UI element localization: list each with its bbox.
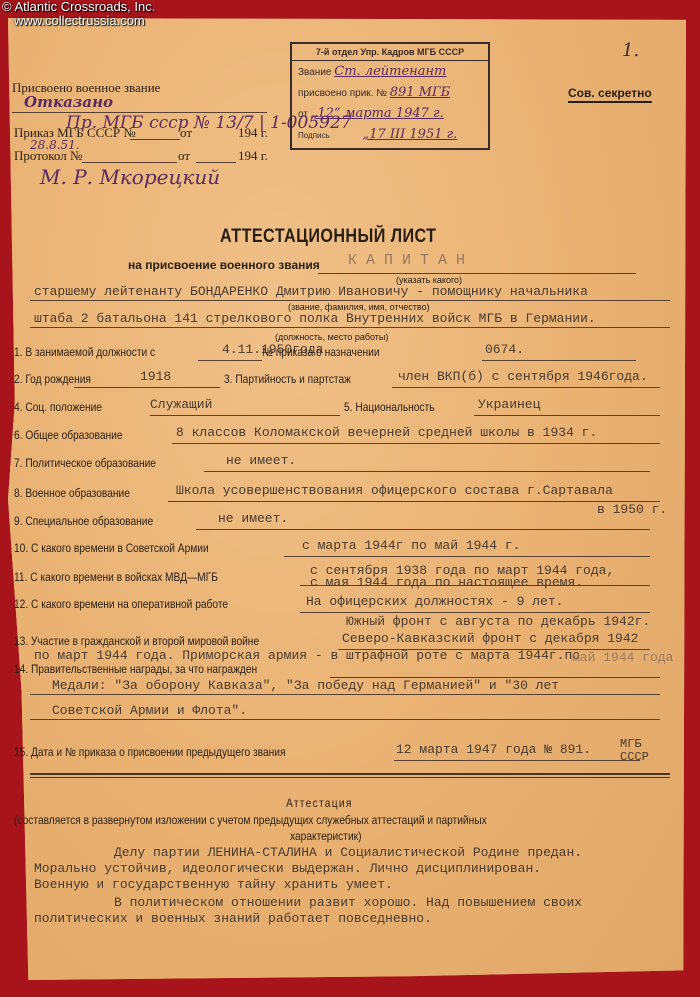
field-value-13: 12 марта 1947 года № 891. xyxy=(396,742,591,757)
field-underline xyxy=(392,387,660,388)
field-value-12: май 1944 года xyxy=(572,650,673,665)
attestation-line-5: политических и военных знаний работает п… xyxy=(34,911,432,926)
page-number: 1. xyxy=(622,40,639,61)
protocol-label: Протокол № xyxy=(14,148,82,164)
field-value-3: Служащий xyxy=(150,397,212,412)
assigned-rank-handwritten: Отказано xyxy=(24,93,113,111)
attestation-line-3: Военную и государственную тайну хранить … xyxy=(34,877,393,892)
field-value-5: не имеет. xyxy=(226,453,296,468)
stamp-order-value: 891 МГБ xyxy=(390,85,450,100)
field-label-10: 12. С какого времени на оперативной рабо… xyxy=(14,597,228,611)
field-value-suffix1-13: МГБ xyxy=(620,737,642,751)
stamp-rank-value: Ст. лейтенант xyxy=(334,64,446,79)
field-value-cont-6: в 1950 г. xyxy=(597,502,667,517)
field-value-cont2-12: Советской Армии и Флота". xyxy=(52,703,247,718)
field-value-pre-11: Южный фронт с августа по декабрь 1942г. xyxy=(346,614,650,629)
field-label-1: 1. В занимаемой должности с xyxy=(14,345,155,359)
attestation-instruction-1: (составляется в развернутом изложении с … xyxy=(14,813,487,827)
field-underline xyxy=(300,612,650,613)
field-underline xyxy=(74,387,220,388)
field-underline xyxy=(198,360,262,361)
field-label-13: 15. Дата и № приказа о присвоении предыд… xyxy=(14,745,286,759)
field-underline xyxy=(394,760,640,761)
field-label2-1: № приказа о назначении xyxy=(262,345,380,359)
field-label-6: 8. Военное образование xyxy=(14,486,130,500)
field-label-2: 2. Год рождения xyxy=(14,372,91,386)
field-label-7: 9. Специальное образование xyxy=(14,514,153,528)
watermark: © Atlantic Crossroads, Inc. www.collectr… xyxy=(2,0,155,28)
field-underline xyxy=(30,719,660,720)
field-label2-2: 3. Партийность и партстаж xyxy=(224,372,351,386)
position-line: штаба 2 батальона 141 стрелкового полка … xyxy=(34,311,596,326)
stamp-date-label: от xyxy=(298,109,308,120)
field-underline xyxy=(482,360,636,361)
watermark-url: www.collectrussia.com xyxy=(2,14,155,28)
position-caption: (должность, место работы) xyxy=(275,332,388,342)
attestation-line-2: Морально устойчив, идеологически выдержа… xyxy=(34,861,541,876)
field-value-6: Школа усовершенствования офицерского сос… xyxy=(176,483,613,498)
field-value-4: 8 классов Коломакской вечерней средней ш… xyxy=(176,425,597,440)
field-value-suffix2-13: СССР xyxy=(620,750,649,764)
attestation-heading: Аттестация xyxy=(286,796,353,810)
field-underline xyxy=(284,556,650,557)
stamp-title: 7-й отдел Упр. Кадров МГБ СССР xyxy=(292,44,488,61)
field-value2-1: 0674. xyxy=(485,342,524,357)
field-value-8: с марта 1944г по май 1944 г. xyxy=(302,538,520,553)
field-label-9: 11. С какого времени в войсках МВД—МГБ xyxy=(14,570,218,584)
field-value2-2: член ВКП(б) с сентября 1946года. xyxy=(398,369,648,384)
attestation-instruction-2: характеристик) xyxy=(290,829,362,843)
field-label-3: 4. Соц. положение xyxy=(14,400,102,414)
field-label-11: 13. Участие в гражданской и второй миров… xyxy=(14,634,259,648)
field-value-10: На офицерских должностях - 9 лет. xyxy=(306,594,563,609)
field-underline xyxy=(150,415,340,416)
field-value-11: Северо-Кавказский фронт с декабря 1942 xyxy=(342,631,638,646)
field-underline xyxy=(172,443,660,444)
field-underline xyxy=(196,529,650,530)
field-value-cont-9: с мая 1944 года по настоящее время. xyxy=(310,575,583,590)
field-value2-3: Украинец xyxy=(478,397,540,412)
field-label2-3: 5. Национальность xyxy=(344,400,435,414)
stamp-order-label: присвоено прик. № xyxy=(298,88,387,99)
document-title: АТТЕСТАЦИОННЫЙ ЛИСТ xyxy=(220,226,436,248)
person-line: старшему лейтенанту БОНДАРЕНКО Дмитрию И… xyxy=(34,284,588,299)
stamp-signature-date: „17 III 1951 г. xyxy=(362,127,457,142)
attestation-line-4: В политическом отношении развит хорошо. … xyxy=(114,895,582,910)
field-underline xyxy=(204,471,650,472)
stamp-rank-label: Звание xyxy=(298,67,331,78)
field-label-12: 14. Правительственные награды, за что на… xyxy=(14,662,257,676)
attestation-line-1: Делу партии ЛЕНИНА-СТАЛИНА и Социалистич… xyxy=(114,845,582,860)
stamp-signature-label: Подпись xyxy=(298,131,330,140)
field-value-7: не имеет. xyxy=(218,511,288,526)
rank-prompt: на присвоение военного звания xyxy=(128,258,320,272)
field-value-cont-12: Медали: "За оборону Кавказа", "За победу… xyxy=(52,678,559,693)
personnel-stamp: 7-й отдел Упр. Кадров МГБ СССР Звание Ст… xyxy=(290,42,490,150)
field-label-4: 6. Общее образование xyxy=(14,428,123,442)
field-underline xyxy=(474,415,660,416)
stamp-date-value: „12“ марта 1947 г. xyxy=(311,106,444,121)
protocol-of-label: от xyxy=(178,148,190,164)
field-underline xyxy=(168,501,660,502)
field-value-2: 1918 xyxy=(140,369,171,384)
field-value-cont-11: по март 1944 года. Приморская армия - в … xyxy=(34,648,580,663)
field-label-5: 7. Политическое образование xyxy=(14,456,156,470)
field-label-8: 10. С какого времени в Советской Армии xyxy=(14,541,209,555)
rank-value: К А П И Т А Н xyxy=(348,252,465,269)
signature-handwritten: М. Р. Мкорецкий xyxy=(40,165,220,189)
watermark-copyright: © Atlantic Crossroads, Inc. xyxy=(2,0,155,14)
classification-label: Сов. секретно xyxy=(568,86,652,103)
protocol-year-label: 194 г. xyxy=(238,148,268,164)
field-underline xyxy=(30,694,660,695)
